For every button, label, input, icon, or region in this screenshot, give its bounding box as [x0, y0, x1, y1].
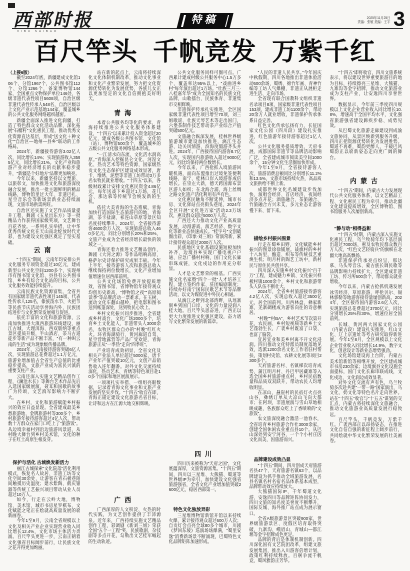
subheading-brand-building: 品牌建设成效凸显 — [249, 457, 321, 462]
column-2: 站在新的起点上，云南将持续深化文化体制机制改革，推动文化事业和文化产业繁荣发展，… — [88, 70, 160, 567]
masthead-right: 2025年11月25日 责编：张敏 美编：王宇 3 — [358, 9, 405, 30]
body-paragraph: 一项项扎实举措、一组组亮眼数据，记录着青海文化事业和文旅产业发展的坚实步伐。“十… — [88, 380, 160, 406]
body-paragraph: 公共文化场馆免费开放提质增效，省图书馆、省博物馆年接待观众均创历史新高，“博物馆… — [88, 279, 160, 311]
body-paragraph: 青海还着力推进文艺精品创作，舞剧《大河之源》等作品唱响高原，格萨尔史诗保护研究成… — [88, 247, 160, 279]
body-paragraph: 四川深入实施乡村文化振兴“百千万”工程，建成魅力乡镇、文化振兴样板村镇1000余… — [249, 268, 321, 289]
qinghai-block: 本着公共服务均等化的要求，青海持续推进公共文化服务体系建设，“十四五”以来累计投… — [88, 120, 160, 495]
body-paragraph: 宜居宜业和美乡村离不开文化浸润。四川推动文化特派员制度落地见效，选派1200余名… — [249, 337, 321, 363]
body-paragraph: 本着公共服务均等化的要求，青海持续推进公共文化服务体系建设，“十四五”以来累计投… — [88, 120, 160, 152]
body-paragraph: 人才是文艺繁荣的根基。广西实施文化名家暨“四个一批”人才培养工程，建立签约作家、… — [169, 271, 241, 297]
body-paragraph: “十四五”期间，云南年均安排公共文化服务专项资金超过10亿元，建成新型公共文化空… — [8, 257, 80, 289]
column-1: （上接6版） 截至2024年底，新疆建成文化馆106个、分馆1967个，公共图书… — [8, 70, 80, 567]
column-5: “十四五”即将收官，四川文旅系统表示，将以建设世界重要旅游目的地为目标，持续擦亮… — [330, 70, 402, 567]
body-paragraph: 公共文化服务提质增效，天府书展、成都国际非遗节等品牌活动影响广泛，全省建成城市阅… — [249, 144, 321, 165]
body-paragraph: 文化场馆建设再上台阶，内蒙古美术馆新馆等相继开放，全区建成城市书房230余家；边… — [330, 353, 402, 379]
body-paragraph: 三星堆博物馆新馆开馆以来持续火爆，累计接待观众超过600万人次；自贡灯会点亮全球… — [169, 513, 241, 545]
body-paragraph: 广西还大力推动文化产业高质量发展，动漫游戏、演艺经济、数字文化等新业态快速成长。… — [169, 218, 241, 244]
subheading-rural-revitalization: 描绘乡村振兴图景 — [249, 236, 321, 241]
body-paragraph: “十四五”即将收官，四川文旅系统表示，将以建设世界重要旅游目的地为目标，持续擦亮… — [330, 70, 402, 102]
body-paragraph: 2024年，新疆接待游客3.02亿人次，同比增长14%；实现旅游收入3595亿元… — [8, 149, 80, 175]
body-paragraph: 丽江古城探索“文化院落”活化利用模式，恢复名人故居、非遗工坊等文化空间30余处，… — [8, 466, 80, 498]
body-paragraph: 农文旅深度融合激活一池春水，全省培育乡村旅游合作社3000余家，创建全国休闲农业… — [249, 416, 321, 442]
body-paragraph: 行走在蜀乡田野，文化赋能乡村振兴的图景徐徐铺展。战旗村的乡村十八坊里，酿造、织布… — [249, 242, 321, 268]
column-tag-badge: 特稿 — [177, 13, 234, 29]
xinjiang-continued-block: （上接6版） 截至2024年底，新疆建成文化馆106个、分馆1967个，公共图书… — [8, 70, 80, 245]
body-paragraph: 站在新的起点上，云南将持续深化文化体制机制改革，推动文化事业和文化产业繁荣发展，… — [88, 70, 160, 102]
body-paragraph: 四川历来被称为“天府之国”，文化底蕴深厚，文旅资源富集。“十四五”期间，四川以三… — [169, 461, 241, 493]
body-paragraph: 今年以来，广西抢抓入境旅游回暖机遇，面向东盟推出过境免签便利线路，南宁、桂林口岸… — [169, 165, 241, 197]
body-paragraph: 成都世界文化名城建设步伐加快，演唱会经济、首店经济、夜间经济多点开花；酒旅融合、… — [249, 187, 321, 213]
body-paragraph: 云南还深入实施文艺精品创作工程，《澜沧水长》等舞台艺术作品先后入选国家级展演，聂… — [8, 374, 80, 400]
column-3: 公共文化服务同样可圈可点。广西累计建成村级公共服务中心1.5万多个，覆盖率达95… — [169, 70, 241, 567]
masthead: 西部时报 XIBU SHIBAO 特稿 2025年11月25日 责编：张敏 美编… — [0, 0, 410, 34]
guangxi-block: 公共文化服务同样可圈可点。广西累计建成村级公共服务中心1.5万多个，覆盖率达95… — [169, 70, 241, 449]
body-paragraph: 在凉山，悬崖村的民宿灯火点亮山谷，彝绣订单从大凉山飞向大都市；在阿坝，非遗展演与… — [249, 390, 321, 416]
body-paragraph: “十四五”期间，内蒙古大力发展现代公共文化服务体系，以文艺精品工程、文化惠民工程… — [330, 188, 402, 214]
body-paragraph: 广西深厚的人文积淀、火热的时代实践，为文艺创作提供了丰沛源泉。近年来，广西持续实… — [88, 507, 160, 544]
body-paragraph: 从巴蜀文化旅游走廊建设到成渝文旅协同，从景区焕新到服务升级，四川正把资源优势转化… — [330, 128, 402, 160]
sichuan-tail-block: “十四五”即将收官，四川文旅系统表示，将以建设世界重要旅游目的地为目标，持续擦亮… — [330, 70, 402, 176]
body-paragraph: 在乡村，文化和旅游赋能乡村振兴的效应日益显现。全省建成最美乡愁旅游地、金牌旅游村… — [8, 400, 80, 442]
subheading-neimenggu-balance: “静与动”相得益彰 — [330, 226, 402, 231]
section-heading-neimenggu: 内蒙古 — [330, 179, 402, 186]
subheading-sichuan-culture: 特色文化独放异彩 — [169, 507, 241, 512]
sichuan-intro-block: 四川历来被称为“天府之国”，文化底蕴深厚，文旅资源富集。“十四五”期间，四川以三… — [169, 461, 241, 505]
date-block: 2025年11月25日 责编：张敏 美编：王宇 — [358, 16, 391, 25]
yunnan-tail-block: 站在新的起点上，云南将持续深化文化体制机制改革，推动文化事业和文化产业繁荣发展，… — [88, 70, 160, 108]
body-paragraph: 天府旅游名村、名镇梯次培育成势，蒲江明月村、丹巴甲居藏寨等入选全国乡村旅游重点村… — [249, 363, 321, 389]
body-paragraph: 今年以来，内蒙古抢抓机遇发展冰雪经济、草原旅游，呼伦贝尔、锡林郭勒等地游客接待量… — [330, 284, 402, 321]
section-heading-yunnan: 云南 — [8, 248, 80, 255]
body-paragraph: 全省现有联合国教科文组织非遗名录项目8项、国家级非遗代表性项目153项，建成非遗… — [249, 96, 321, 122]
body-paragraph: “十四五”期间，四川创成天府旅游名县47个、天府旅游名镇63个，以品牌建设为抓手… — [249, 463, 321, 489]
body-paragraph: 红色文化传承弘扬有力，长征国家文化公园（四川段）建设扎实推进，红色旅游年接待游客… — [249, 123, 321, 144]
guangxi-intro-block: 广西深厚的人文积淀、火热的时代实践，为文艺创作提供了丰沛源泉。近年来，广西持续实… — [88, 507, 160, 544]
body-paragraph: 2024年，全省乡村旅游接待游客4.2亿人次，实现总收入超过3500亿元，居全国… — [249, 289, 321, 315]
editor-line: 责编：张敏 美编：王宇 — [358, 20, 391, 24]
subheading-yunnan-heritage: 保护与活化 古城焕发新活力 — [8, 460, 80, 465]
body-paragraph: 自治区还实施了文艺作品质量提升工程，舞剧《五星出东方》等一批精品力作获得国家级奖… — [8, 208, 80, 245]
body-paragraph: 产业培育成效初显，全省文化及相关产业法人单位超过5000家，唐卡产业年产值突破1… — [88, 348, 160, 380]
body-paragraph: 从漓江之畔到北部湾畔，从瑶寨侗乡到国门口岸，文化的力量浸润八桂大地。百尺竿头思奋… — [169, 298, 241, 324]
body-paragraph: 今年1至9月，全省接待游客人次、旅游消费总额同比分别增长11.2%和13.5%，… — [249, 165, 321, 186]
sichuan-brand-block: “十四五”期间，四川创成天府旅游名县47个、天府旅游名镇63个，以品牌建设为抓手… — [249, 463, 321, 564]
body-paragraph: 长城、黄河两大国家文化公园（内蒙古段）建设扎实推进，红山文化、辽上京遗址等考古研… — [330, 322, 402, 354]
section-heading-qinghai: 青海 — [88, 111, 160, 118]
body-paragraph: 数据显示，今年前三季度四川规模以上文化企业营业收入同比增长10.8%，增速高于全… — [330, 102, 402, 128]
body-paragraph: 乡村文化振兴同步推进，全省建成乡村戏台、文化广场2000多个，培育乡土文化能人、… — [88, 311, 160, 348]
body-paragraph: 依托丰富的文化和旅游资源，云南加快推进大滇西旅游环线建设，丽江古城、大理洱海、西… — [8, 315, 80, 347]
sichuan-culture-block: 三星堆博物馆新馆开馆以来持续火爆，累计接待观众超过600万人次；自贡灯会点亮全球… — [169, 513, 241, 545]
body-paragraph: 公共文化服务同样可圈可点。广西累计建成村级公共服务中心1.5万多个，覆盖率达95… — [169, 70, 241, 107]
body-paragraph: 依托大美青海的生态禀赋，青海加快打造国际生态旅游目的地，青海湖、茶卡盐湖、祁连山… — [88, 205, 160, 247]
body-paragraph: 新疆全面深入推进文化润疆，打造了特色群众文化活动品牌，深化拓展“石榴籽”文化惠民… — [8, 118, 80, 150]
body-paragraph: 文化惠民触角不断延伸，城市书房、文化驿站点亮街头巷尾，2024年全区开展“文化进… — [169, 197, 241, 218]
body-paragraph: 非遗保护传承亮点纷呈，那达慕、马头琴音乐、蒙古族长调民歌等品牌影响力持续扩大，全… — [330, 258, 402, 284]
body-paragraph: “一江清水向东流，文化活水润高原。”青海深入挖掘昆仑文化、河湟文化、热贡艺术等特… — [88, 152, 160, 205]
body-paragraph: 大熊猫国际IP、千年蜀道文化游、安逸四川等品牌矩阵协同发力，四川文旅的知名度美誉… — [249, 489, 321, 515]
yunnan-block: “十四五”期间，云南年均安排公共文化服务专项资金超过10亿元，建成新型公共文化空… — [8, 257, 80, 458]
body-paragraph: “十四五”时期，内蒙古深入实施文化惠民工程，乌兰牧骑年均下基层演出超过7000场… — [330, 232, 402, 258]
headline: 百尺竿头 千帆竞发 万紫千红 — [8, 39, 402, 66]
section-heading-guangxi: 广西 — [88, 498, 160, 505]
body-paragraph: 云南民族文化资源富集，全省共有国家级非遗代表性项目145项、代表性传承人125名… — [8, 289, 80, 315]
newspaper-page: 西部时报 XIBU SHIBAO 特稿 2025年11月25日 责编：张敏 美编… — [0, 0, 410, 571]
body-paragraph: 对外文化交流有声有色，乌兰牧骑多次赴共建“一带一路”国家演出，马文化、奶文化等特… — [330, 380, 402, 417]
body-paragraph: 截至2024年底，新疆建成文化馆106个、分馆1967个，公共图书馆112个、分… — [8, 75, 80, 117]
article-columns: （上接6版） 截至2024年底，新疆建成文化馆106个、分馆1967个，公共图书… — [0, 70, 410, 567]
body-paragraph: 如今，行走在云岭大地，博物馆、美术馆、城市书房星罗棋布，文化赋能之笔正在绘就高质… — [8, 497, 80, 518]
column-4: “人民的非遗人民共享。”今年国庆中秋假期，四川各地推出非遗体验活动600余场，蜀… — [249, 70, 321, 567]
body-paragraph: 今年以来，新疆坚持以文塑旅、以旅彰文，加快推进文化和旅游深度融合发展，推出一批主… — [8, 176, 80, 208]
body-paragraph: 民族地区文化基础设施短板加快补齐，边境县乡实现广播电视户户通、应急广播村村响，国… — [169, 245, 241, 271]
sichuan-block-2: “人民的非遗人民共享。”今年国庆中秋假期，四川各地推出非遗体验活动600余场，蜀… — [249, 70, 321, 234]
body-paragraph: 百尺竿头，千帆竞发，万紫千红。广袤西部正以昂扬姿态，在推进文化自信自强的新征程上… — [330, 417, 402, 443]
body-paragraph: 文旅融合纵深发展，桂林世界级旅游城市建设加快推进，漓江生态游、边关风情游、滨海度… — [169, 134, 241, 166]
neimenggu-block: “十四五”时期，内蒙古深入实施文化惠民工程，乌兰牧骑年均下基层演出超过7000场… — [330, 232, 402, 444]
section-heading-sichuan: 四川 — [169, 452, 241, 459]
body-paragraph: 全省A级旅游景区突破900家，世界级旅游景区、度假区培育取得突破，九寨沟、峨眉山… — [249, 516, 321, 537]
sichuan-rural-block: 行走在蜀乡田野，文化赋能乡村振兴的图景徐徐铺展。战旗村的乡村十八坊里，酿造、织布… — [249, 242, 321, 456]
body-paragraph: “村晚”“村BA”、乡村艺术节次第开花，农民画、乡村短视频等新乡土文艺蓬勃生长，… — [249, 316, 321, 337]
neimenggu-intro-block: “十四五”期间，内蒙古大力发展现代公共文化服务体系，以文艺精品工程、文化惠民工程… — [330, 188, 402, 224]
body-paragraph: 品牌的背后是体制机制创新。四川深化国有文艺院团改革，组建文旅发展集团，推出入川游… — [249, 537, 321, 563]
yunnan-block-2: 丽江古城探索“文化院落”活化利用模式，恢复名人故居、非遗工坊等文化空间30余处，… — [8, 466, 80, 551]
page-number: 3 — [393, 9, 405, 30]
body-paragraph: 今年1至9月，云南全省规模以上文化及相关产业企业实现营业收入同比增长12.4%，… — [8, 518, 80, 550]
newspaper-logo-pinyin: XIBU SHIBAO — [17, 29, 58, 33]
body-paragraph: “人民的非遗人民共享。”今年国庆中秋假期，四川各地推出非遗体验活动600余场，蜀… — [249, 70, 321, 96]
body-paragraph: 2024年，云南接待游客突破6亿人次，实现旅游总花费超过1.1万亿元，旅游业增加… — [8, 347, 80, 373]
body-paragraph: 非遗保护传承扎实推进，全区国家级非遗代表性项目增至70项，刘三姐歌谣、壮族天琴艺… — [169, 107, 241, 133]
